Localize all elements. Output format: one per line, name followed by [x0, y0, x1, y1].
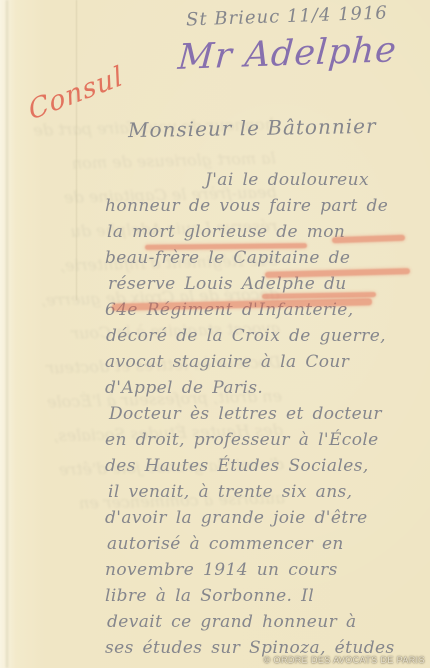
body-line: d'Appel de Paris. [105, 378, 420, 404]
body-line: devait ce grand honneur à [105, 612, 420, 638]
recipient-heading: Mr Adelphe [177, 30, 399, 78]
body-line: autorisé à commencer en [105, 534, 420, 560]
body-line: Docteur ès lettres et docteur [105, 404, 420, 430]
body-line: avocat stagiaire à la Cour [105, 352, 420, 378]
paper-crease [76, 0, 77, 300]
body-line: en droit, professeur à l'École [105, 430, 420, 456]
body-line: d'avoir la grande joie d'être [105, 508, 420, 534]
body-line: honneur de vous faire part de [105, 196, 420, 222]
body-line: il venait, à trente six ans, [105, 482, 420, 508]
body-line: libre à la Sorbonne. Il [105, 586, 420, 612]
watermark-credit: © ORDRE DES AVOCATS DE PARIS [264, 655, 425, 665]
paper-edge [6, 0, 8, 668]
body-line: novembre 1914 un cours [105, 560, 420, 586]
salutation: Monsieur le Bâtonnier [128, 114, 377, 142]
body-line: J'ai le douloureux [105, 170, 420, 196]
date-line: St Brieuc 11/4 1916 [186, 2, 388, 30]
paper: honneur de vous faire part de la mort gl… [0, 0, 430, 668]
body-line: des Hautes Études Sociales, [105, 456, 420, 482]
body-line: décoré de la Croix de guerre, [105, 326, 420, 352]
